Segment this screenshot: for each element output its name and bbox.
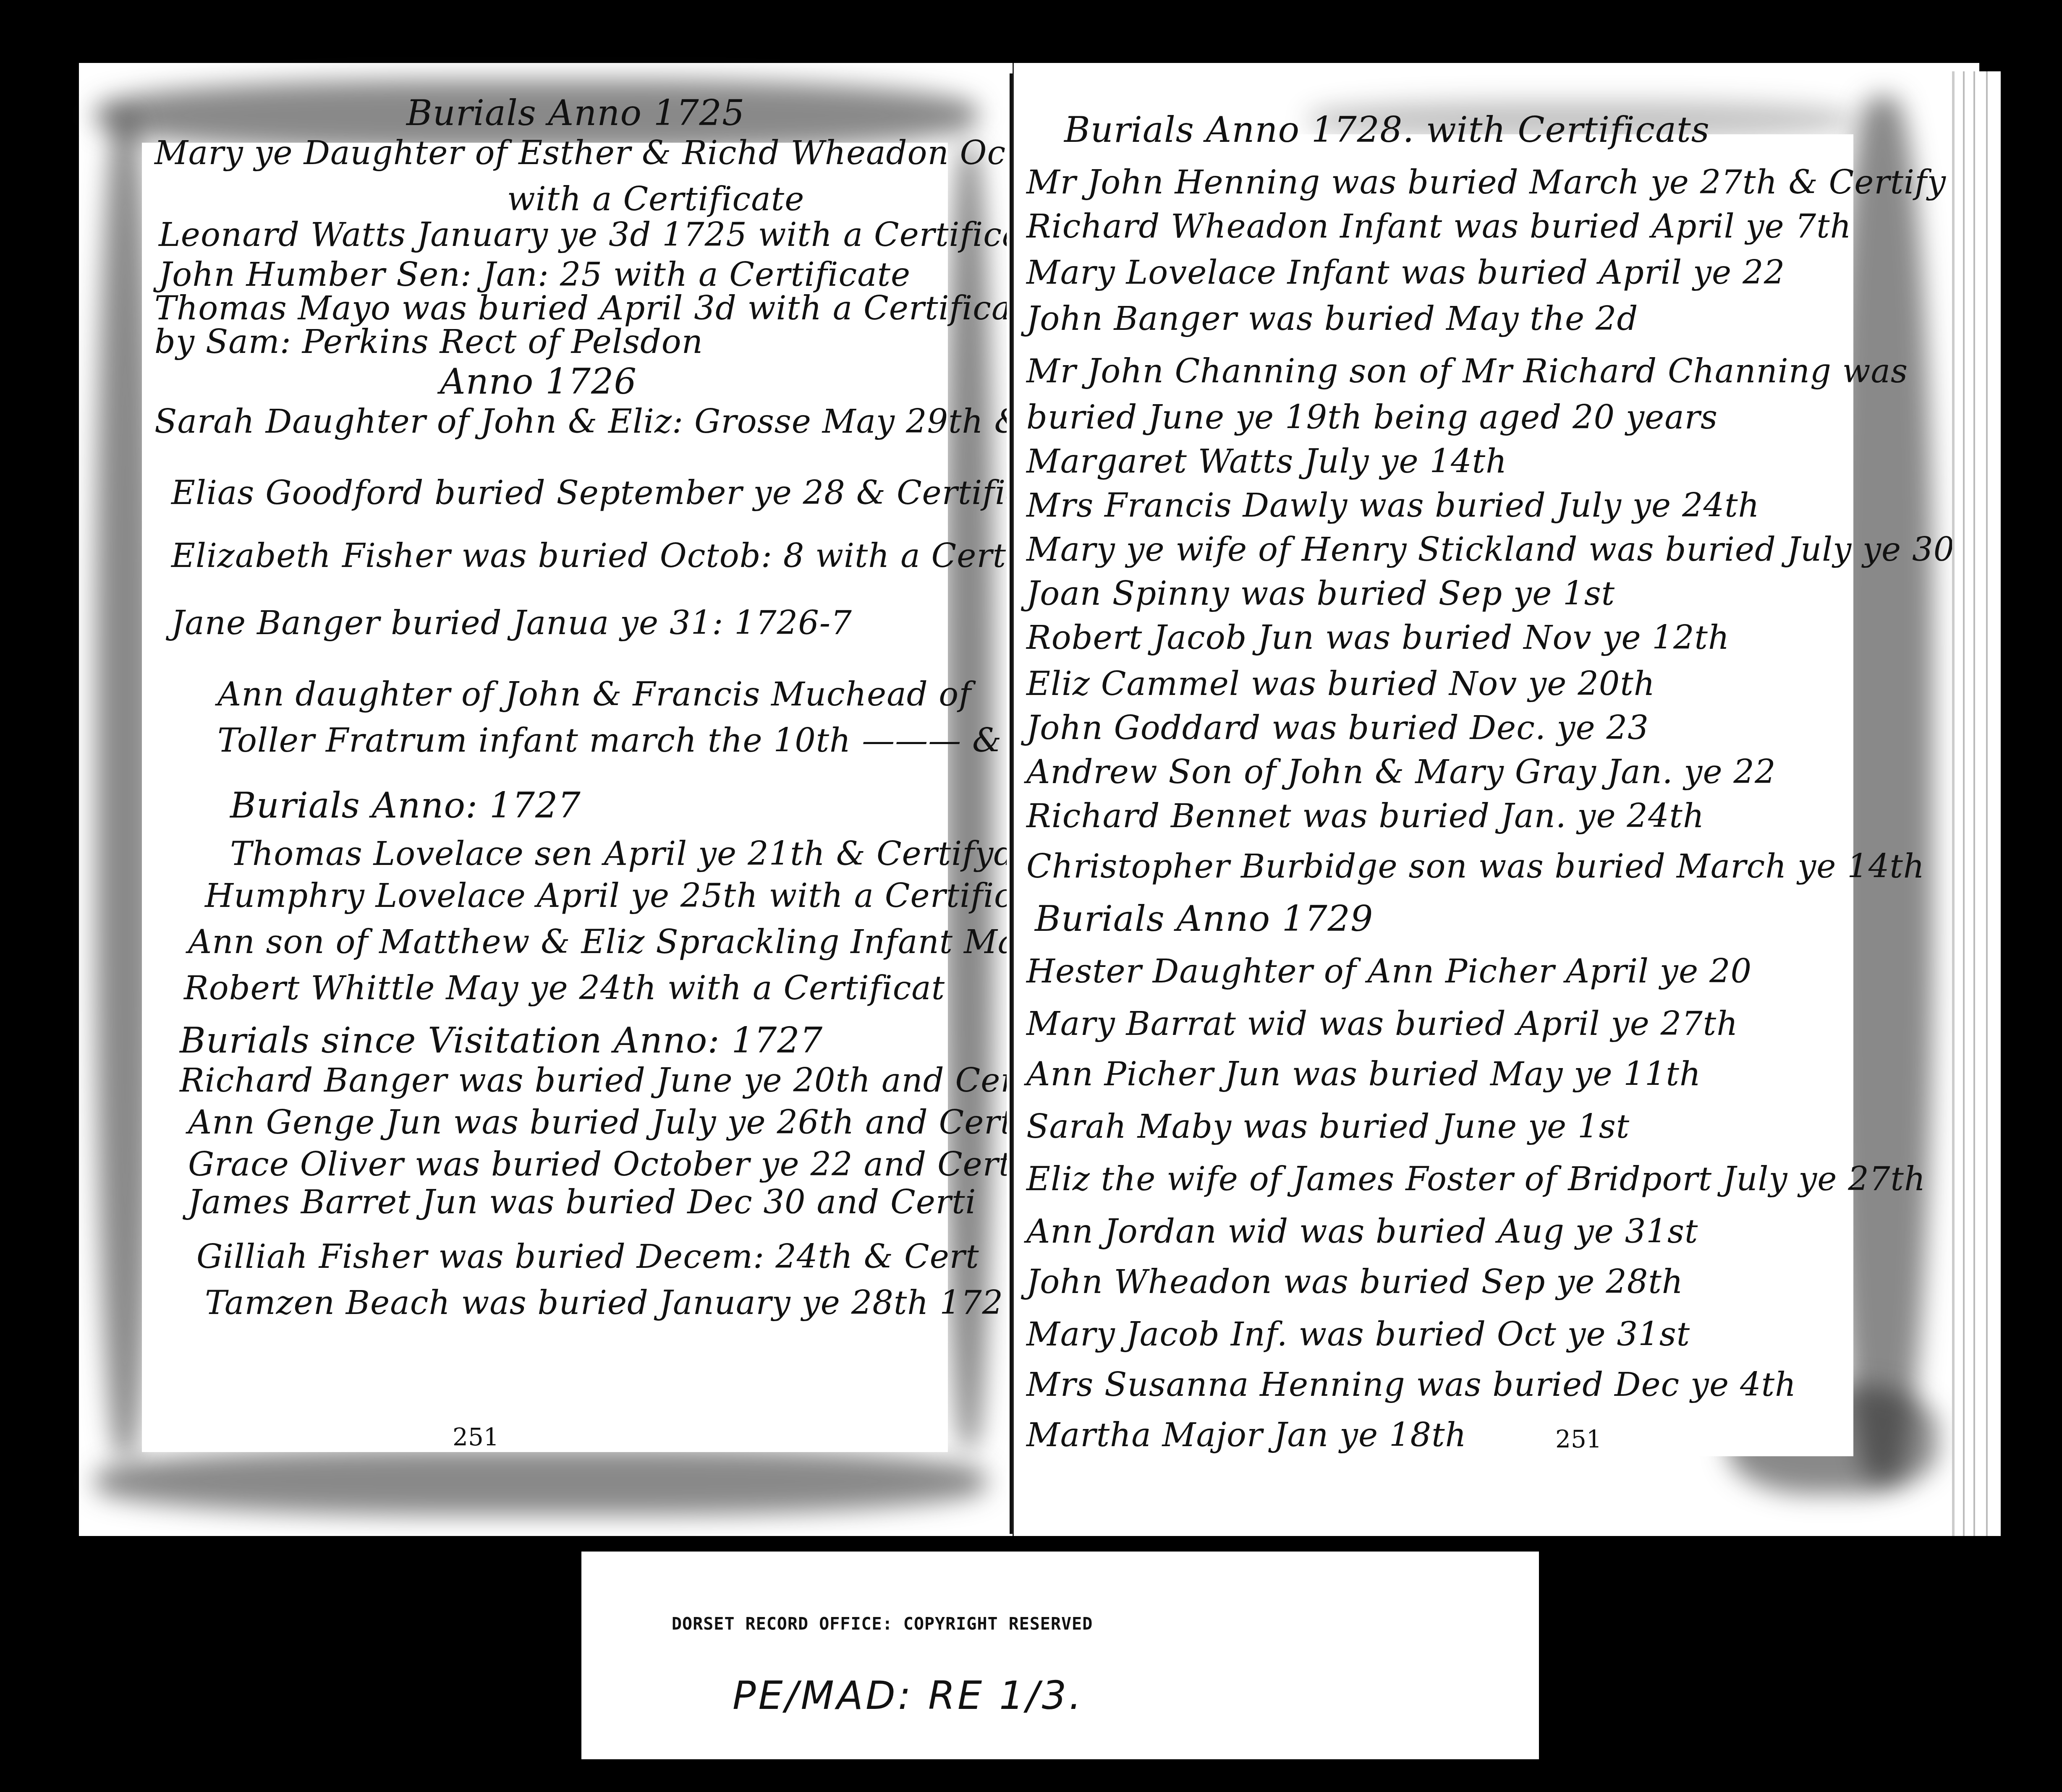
register-entry: Gilliah Fisher was buried Decem: 24th & … — [196, 1238, 979, 1276]
right-heading-1729: Burials Anno 1729 — [1035, 898, 1374, 939]
register-entry: John Wheadon was buried Sep ye 28th — [1026, 1263, 1683, 1301]
register-entry: Leonard Watts January ye 3d 1725 with a … — [159, 216, 1055, 254]
register-entry: Robert Jacob Jun was buried Nov ye 12th — [1026, 619, 1730, 657]
register-entry: John Humber Sen: Jan: 25 with a Certific… — [159, 256, 911, 294]
register-entry: Richard Bennet was buried Jan. ye 24th — [1026, 797, 1704, 835]
right-page: Burials Anno 1728. with Certificats Mr J… — [1013, 63, 1979, 1536]
register-entry: Mary Barrat wid was buried April ye 27th — [1026, 1005, 1738, 1043]
archive-label-card: DORSET RECORD OFFICE: COPYRIGHT RESERVED… — [581, 1552, 1539, 1759]
register-entry: Andrew Son of John & Mary Gray Jan. ye 2… — [1026, 753, 1776, 791]
register-entry: Joan Spinny was buried Sep ye 1st — [1026, 575, 1615, 613]
register-entry: John Goddard was buried Dec. ye 23 — [1026, 709, 1649, 747]
register-entry: John Banger was buried May the 2d — [1026, 300, 1638, 338]
register-entry: Thomas Lovelace sen April ye 21th & Cert… — [230, 835, 1026, 873]
register-entry: Mary ye wife of Henry Stickland was buri… — [1026, 531, 1990, 569]
register-entry: Ann Genge Jun was buried July ye 26th an… — [188, 1104, 1056, 1142]
register-entry: Ann Picher Jun was buried May ye 11th — [1026, 1055, 1701, 1093]
register-entry: Mrs Susanna Henning was buried Dec ye 4t… — [1026, 1366, 1796, 1404]
left-heading-visitation-1727: Burials since Visitation Anno: 1727 — [180, 1020, 823, 1061]
page-stain — [96, 1448, 986, 1515]
register-entry: Mary Lovelace Infant was buried April ye… — [1026, 254, 1785, 292]
register-entry: Humphry Lovelace April ye 25th with a Ce… — [205, 877, 1047, 915]
register-entry: Robert Whittle May ye 24th with a Certif… — [184, 969, 945, 1007]
left-heading-1726: Anno 1726 — [440, 361, 637, 402]
register-entry: Eliz the wife of James Foster of Bridpor… — [1026, 1160, 1926, 1198]
register-entry: Ann daughter of John & Francis Muchead o… — [217, 676, 971, 713]
register-entry: Martha Major Jan ye 18th — [1026, 1416, 1467, 1454]
copyright-notice: DORSET RECORD OFFICE: COPYRIGHT RESERVED — [672, 1614, 1093, 1634]
register-entry: Elias Goodford buried September ye 28 & … — [171, 474, 1027, 512]
register-entry: Tamzen Beach was buried January ye 28th … — [205, 1284, 1025, 1322]
left-heading-1725: Burials Anno 1725 — [406, 92, 745, 133]
register-entry: Mrs Francis Dawly was buried July ye 24t… — [1026, 487, 1760, 525]
register-entry: Jane Banger buried Janua ye 31: 1726-7 — [171, 604, 852, 642]
archive-reference: PE/MAD: RE 1/3. — [733, 1673, 1084, 1718]
register-entry: Richard Banger was buried June ye 20th a… — [180, 1062, 1094, 1100]
register-entry: buried June ye 19th being aged 20 years — [1026, 399, 1718, 436]
register-entry: Mr John Channing son of Mr Richard Chann… — [1026, 353, 1908, 390]
left-page: Burials Anno 1725 Mary ye Daughter of Es… — [79, 63, 1007, 1536]
left-heading-1727: Burials Anno: 1727 — [230, 785, 581, 826]
register-entry: Sarah Maby was buried June ye 1st — [1026, 1108, 1630, 1146]
register-entry: Ann Jordan wid was buried Aug ye 31st — [1026, 1213, 1698, 1251]
register-entry: Mary ye Daughter of Esther & Richd Whead… — [154, 134, 1124, 172]
register-entry: with a Certificate — [507, 180, 804, 218]
register-entry: James Barret Jun was buried Dec 30 and C… — [188, 1183, 976, 1221]
register-entry: Margaret Watts July ye 14th — [1026, 443, 1507, 481]
register-entry: Grace Oliver was buried October ye 22 an… — [188, 1146, 1036, 1183]
register-entry: Mr John Henning was buried March ye 27th… — [1026, 164, 1946, 201]
register-entry: by Sam: Perkins Rect of Pelsdon — [154, 323, 703, 361]
register-entry: Christopher Burbidge son was buried Marc… — [1026, 848, 1925, 886]
right-page-number: 251 — [1555, 1425, 1602, 1453]
register-entry: Elizabeth Fisher was buried Octob: 8 wit… — [171, 537, 1113, 575]
register-entry: Thomas Mayo was buried April 3d with a C… — [154, 290, 1110, 327]
register-entry: Richard Wheadon Infant was buried April … — [1026, 208, 1852, 246]
register-entry: Mary Jacob Inf. was buried Oct ye 31st — [1026, 1316, 1690, 1353]
right-heading-1728: Burials Anno 1728. with Certificats — [1064, 109, 1710, 150]
left-page-number: 251 — [453, 1423, 499, 1451]
book-page-edges — [1952, 71, 2001, 1536]
register-entry: Eliz Cammel was buried Nov ye 20th — [1026, 665, 1655, 703]
register-entry: Hester Daughter of Ann Picher April ye 2… — [1026, 953, 1752, 990]
